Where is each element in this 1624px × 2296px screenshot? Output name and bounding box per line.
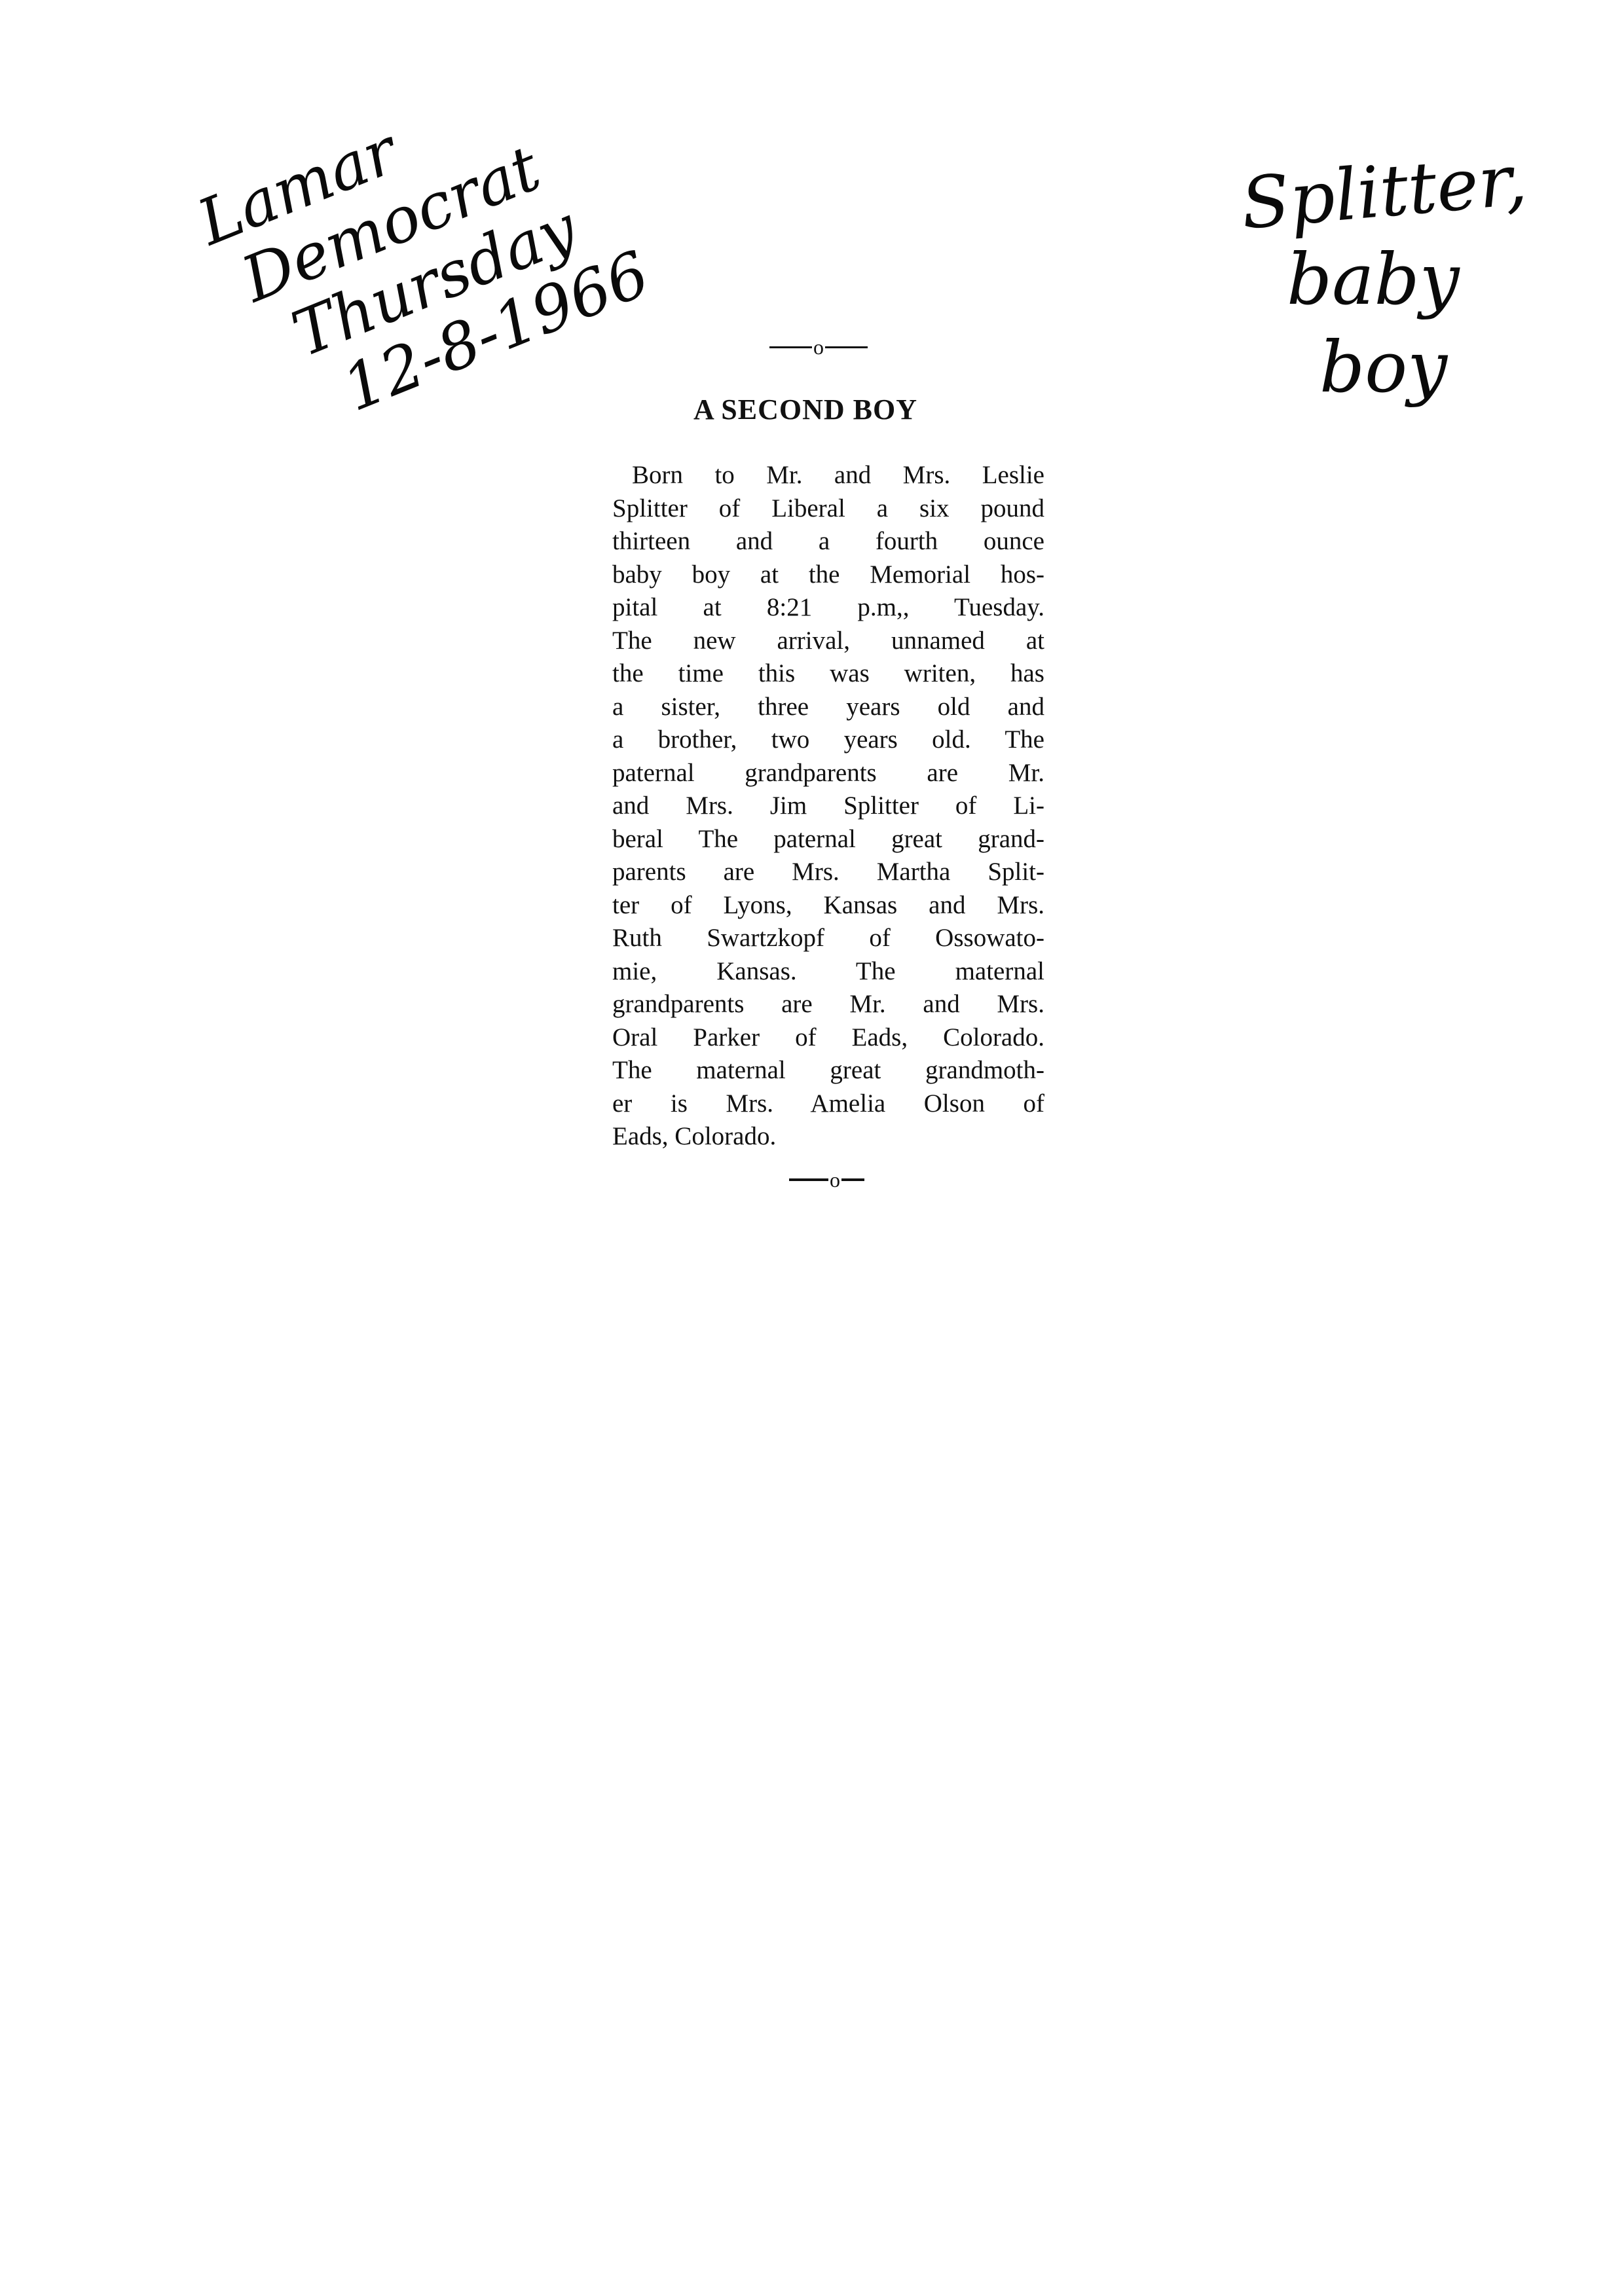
- article-line: Splitter of Liberal a six pound: [612, 492, 1044, 526]
- article-line: Oral Parker of Eads, Colorado.: [612, 1021, 1044, 1055]
- article-line: Born to Mr. and Mrs. Leslie: [612, 459, 1044, 492]
- article-line: Eads, Colorado.: [612, 1120, 1044, 1154]
- article-line: a brother, two years old. The: [612, 723, 1044, 757]
- divider-rule-right: [825, 346, 868, 348]
- article-line: and Mrs. Jim Splitter of Li-: [612, 790, 1044, 823]
- article-line: parents are Mrs. Martha Split-: [612, 856, 1044, 889]
- newspaper-clipping: o A SECOND BOY Born to Mr. and Mrs. Lesl…: [612, 334, 1044, 1193]
- handwritten-surname: Splitter,: [1238, 145, 1530, 240]
- scanned-page: Lamar Democrat Thursday 12-8-1966 Splitt…: [0, 0, 1624, 2296]
- article-line: paternal grandparents are Mr.: [612, 757, 1044, 790]
- handwritten-subject-note: Splitter, baby boy: [1241, 157, 1527, 420]
- article-line: The new arrival, unnamed at: [612, 625, 1044, 658]
- article-line: baby boy at the Memorial hos-: [612, 558, 1044, 592]
- article-line: ter of Lyons, Kansas and Mrs.: [612, 889, 1044, 922]
- handwritten-word-boy: boy: [1319, 333, 1527, 403]
- article-line: beral The paternal great grand-: [612, 823, 1044, 856]
- article-line: er is Mrs. Amelia Olson of: [612, 1087, 1044, 1121]
- divider-ornament: o: [828, 1169, 841, 1190]
- article-line: The maternal great grandmoth-: [612, 1054, 1044, 1087]
- article-line: mie, Kansas. The maternal: [612, 955, 1044, 989]
- article-line: thirteen and a fourth ounce: [612, 525, 1044, 558]
- article-line: grandparents are Mr. and Mrs.: [612, 988, 1044, 1021]
- article-line: a sister, three years old and: [612, 691, 1044, 724]
- top-divider: o: [593, 334, 1044, 360]
- article-headline: A SECOND BOY: [566, 393, 1044, 426]
- divider-rule-left: [789, 1178, 828, 1181]
- divider-ornament: o: [812, 337, 825, 357]
- article-line: pital at 8:21 p.m,, Tuesday.: [612, 591, 1044, 625]
- divider-rule-right: [841, 1178, 864, 1181]
- article-line: Ruth Swartzkopf of Ossowato-: [612, 922, 1044, 955]
- divider-rule-left: [769, 346, 812, 348]
- article-line: the time this was writen, has: [612, 657, 1044, 691]
- article-body: Born to Mr. and Mrs. LeslieSplitter of L…: [612, 459, 1044, 1154]
- handwritten-word-baby: baby: [1287, 245, 1527, 316]
- bottom-divider: o: [619, 1167, 1044, 1193]
